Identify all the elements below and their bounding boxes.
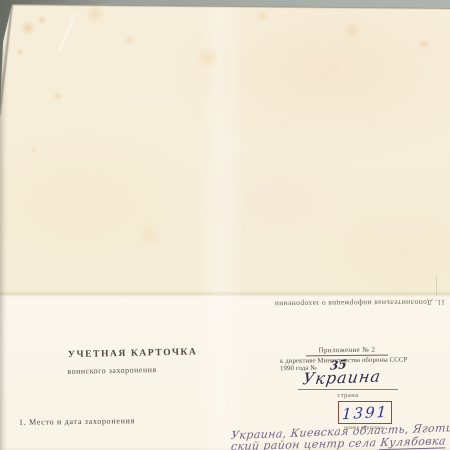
- paper-top-edge: [10, 3, 450, 9]
- appendix-directive-line: к директиве Министерства обороны СССР: [280, 356, 442, 365]
- card-subtitle: воинского захоронения: [64, 365, 160, 376]
- location-line2-underlined-word: Кулябовка: [380, 434, 447, 450]
- country-underline: [298, 389, 398, 390]
- country-handwritten: Украина: [293, 366, 392, 388]
- rotated-section-11-label: 11. Дополнительная информация о захороне…: [237, 298, 445, 309]
- card-number-box: 1391: [338, 401, 392, 424]
- appendix-title: Приложение № 2: [306, 346, 388, 357]
- crease-mark: [58, 13, 76, 53]
- country-label: страна: [300, 392, 396, 399]
- section-1-label: 1. Место и дата захоронения: [19, 416, 135, 427]
- paper-left-edge: [0, 4, 13, 116]
- card-title: УЧЕТНАЯ КАРТОЧКА: [68, 348, 172, 360]
- card-number-handwritten: 1391: [341, 402, 388, 422]
- paper-sheet: 11. Дополнительная информация о захороне…: [0, 0, 450, 450]
- crease-mark-right: [436, 276, 437, 296]
